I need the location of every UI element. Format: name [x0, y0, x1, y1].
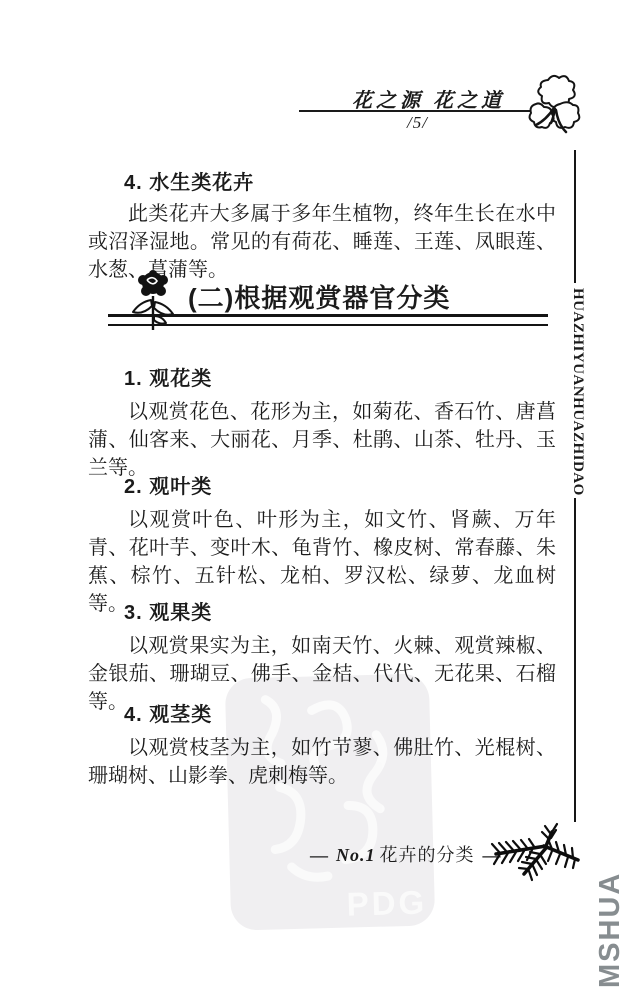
footer-caption: —No.1花卉的分类—: [310, 841, 501, 867]
page-content: 花之源 花之道 /5/ HUAZHIYUANHUAZHIDAO 4.: [0, 0, 639, 1001]
section-heading-fruits: 3. 观果类: [124, 596, 212, 625]
book-page: PDG 花之源 花之道 /5/ HUAZHIYUANHUAZHID: [0, 0, 639, 1001]
rose-icon: [130, 268, 176, 337]
footer-chapter-label: 花卉的分类: [380, 845, 483, 865]
section-heading-aquatic: 4. 水生类花卉: [124, 166, 254, 195]
chapter-double-rule: [108, 314, 548, 326]
chapter-title: (二)根据观赏器官分类: [188, 278, 450, 315]
section-heading-stems: 4. 观茎类: [124, 698, 212, 727]
header-rule: [299, 110, 533, 112]
spine-rule-top: [574, 150, 576, 283]
running-head-title: 花之源 花之道: [352, 84, 505, 113]
pine-branch-icon: [484, 814, 588, 895]
section-heading-leaves: 2. 观叶类: [124, 470, 212, 499]
spine-romanized-title: HUAZHIYUANHUAZHIDAO: [560, 288, 586, 490]
section-heading-flowers: 1. 观花类: [124, 362, 212, 391]
footer-dash-left: —: [310, 845, 328, 865]
spine-rule-bottom: [574, 498, 576, 822]
footer-chapter-number: No.1: [328, 845, 380, 865]
section-body-stems: 以观赏枝茎为主，如竹节蓼、佛肚竹、光棍树、珊瑚树、山影拳、虎刺梅等。: [88, 734, 556, 790]
corner-watermark-text: MSHUA: [594, 856, 627, 988]
page-number: /5/: [407, 113, 428, 133]
carnation-flower-icon: [526, 74, 584, 161]
